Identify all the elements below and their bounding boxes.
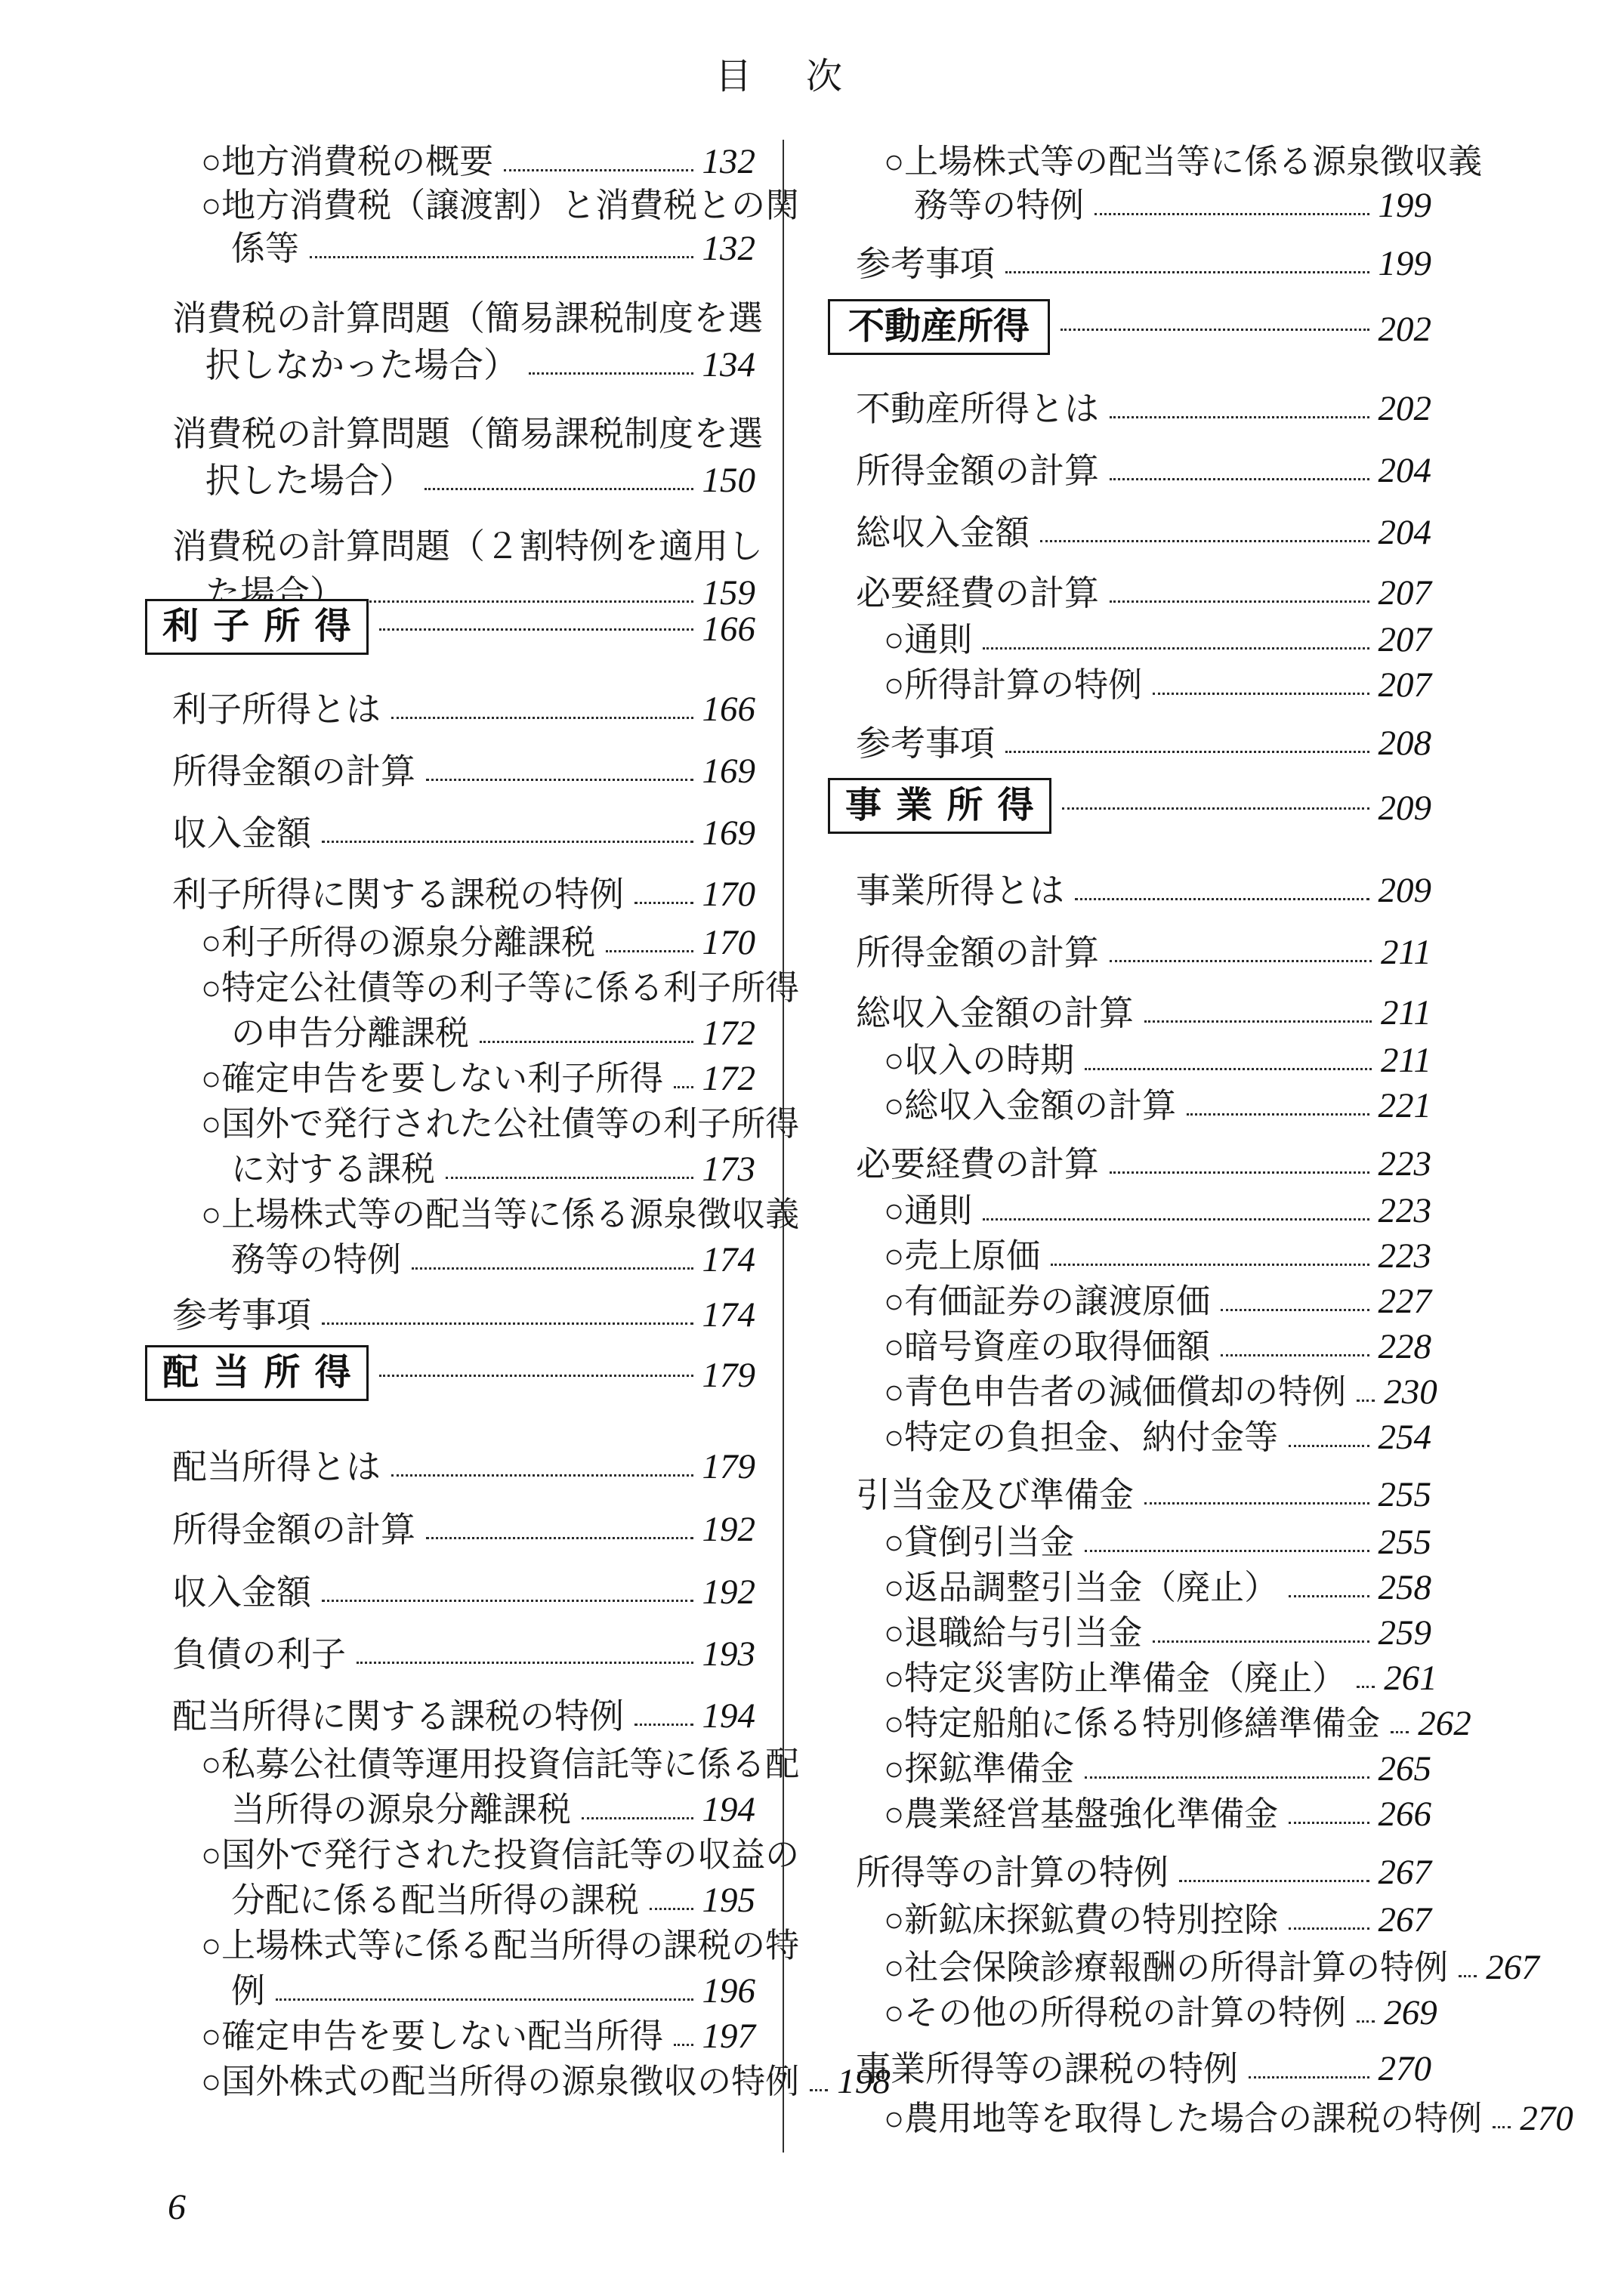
toc-entry-text: 参考事項 xyxy=(856,723,995,764)
page-number: 261 xyxy=(1384,1658,1437,1699)
dot-leader xyxy=(426,1537,693,1539)
toc-entry-line: 引当金及び準備金255 xyxy=(856,1473,1431,1515)
toc-entry-text: 所得金額の計算 xyxy=(172,1509,415,1550)
toc-entry-text: ○私募公社債等運用投資信託等に係る配 xyxy=(201,1744,799,1785)
toc-entry-text: 消費税の計算問題（２割特例を適用し xyxy=(172,526,763,566)
page-number: 258 xyxy=(1379,1567,1432,1608)
toc-entry-line: ○私募公社債等運用投資信託等に係る配 xyxy=(201,1742,755,1785)
dot-leader xyxy=(1062,807,1369,810)
page-number: 265 xyxy=(1379,1748,1432,1789)
page-number: 170 xyxy=(702,922,756,963)
dot-leader xyxy=(1061,329,1369,331)
page-number: 267 xyxy=(1486,1947,1539,1988)
page-number: 259 xyxy=(1379,1613,1432,1653)
toc-entry-line: ○通則207 xyxy=(884,618,1431,660)
dot-leader xyxy=(276,1998,693,2001)
page-number: 267 xyxy=(1379,1900,1432,1940)
toc-entry-text: 当所得の源泉分離課税 xyxy=(231,1789,571,1830)
dot-leader xyxy=(425,488,693,490)
dot-leader xyxy=(1459,1975,1477,1977)
page-number: 209 xyxy=(1379,870,1432,911)
section-heading-box: 配当所得 xyxy=(145,1345,369,1401)
dot-leader xyxy=(1289,1822,1369,1824)
toc-entry-line: ○所得計算の特例207 xyxy=(884,663,1431,705)
toc-entry-line: ○国外で発行された公社債等の利子所得 xyxy=(201,1102,755,1144)
page-number: 193 xyxy=(702,1634,756,1674)
toc-entry-line: ○上場株式等の配当等に係る源泉徴収義 xyxy=(201,1193,755,1235)
toc-entry-line: ○地方消費税の概要132 xyxy=(201,140,755,182)
toc-entry-line: 所得等の計算の特例267 xyxy=(856,1850,1431,1893)
toc-entry-line: ○地方消費税（譲渡割）と消費税との関 xyxy=(201,184,755,226)
page-number: 174 xyxy=(702,1239,756,1280)
page-number: 254 xyxy=(1379,1417,1432,1458)
dot-leader xyxy=(1085,1776,1369,1779)
dot-leader xyxy=(391,717,693,719)
page-number: 197 xyxy=(702,2016,756,2057)
toc-entry-text: ○通則 xyxy=(884,1190,972,1231)
page-number: 192 xyxy=(702,1509,756,1550)
page-number: 204 xyxy=(1379,512,1432,553)
dot-leader xyxy=(1085,1068,1372,1070)
toc-entry-text: 利子所得とは xyxy=(172,689,381,730)
page-number: 196 xyxy=(702,1970,756,2011)
toc-entry-line: ○特定公社債等の利子等に係る利子所得 xyxy=(201,966,755,1008)
toc-entry-line: 利子所得に関する課税の特例170 xyxy=(172,872,755,915)
toc-entry-text: 例 xyxy=(231,1970,265,2011)
toc-entry-line: ○利子所得の源泉分離課税170 xyxy=(201,921,755,963)
page-number: 207 xyxy=(1379,572,1432,613)
toc-entry-line: ○青色申告者の減価償却の特例230 xyxy=(884,1370,1431,1412)
dot-leader xyxy=(1249,2076,1369,2079)
toc-entry-text: ○探鉱準備金 xyxy=(884,1748,1074,1789)
dot-leader xyxy=(1051,1264,1369,1266)
dot-leader xyxy=(1144,1020,1372,1023)
toc-entry-text: 参考事項 xyxy=(172,1295,311,1335)
dot-leader xyxy=(1005,751,1369,753)
page-number: 267 xyxy=(1379,1852,1432,1893)
toc-entry-line: 利子所得とは166 xyxy=(172,687,755,730)
toc-entry-line: ○農業経営基盤強化準備金266 xyxy=(884,1792,1431,1835)
toc-entry-text: 必要経費の計算 xyxy=(856,1143,1099,1184)
toc-entry-text: 必要経費の計算 xyxy=(856,572,1099,613)
toc-entry-line: ○有価証券の譲渡原価227 xyxy=(884,1279,1431,1322)
dot-leader xyxy=(650,1908,693,1910)
dot-leader xyxy=(1153,693,1369,695)
page-number: 172 xyxy=(702,1013,756,1054)
dot-leader xyxy=(634,902,693,904)
toc-entry-text: ○地方消費税の概要 xyxy=(201,141,493,182)
toc-entry-text: ○上場株式等の配当等に係る源泉徴収義 xyxy=(201,1194,799,1235)
page-number: 223 xyxy=(1379,1236,1432,1276)
toc-entry-line: 配当所得とは179 xyxy=(172,1445,755,1487)
toc-entry-text: 務等の特例 xyxy=(231,1239,401,1280)
dot-leader xyxy=(1357,2020,1375,2023)
page-number: 255 xyxy=(1379,1474,1432,1515)
dot-leader xyxy=(1221,1309,1369,1311)
toc-entry-line: 事業所得とは209 xyxy=(856,869,1431,911)
toc-entry-text: 収入金額 xyxy=(172,1572,311,1613)
dot-leader xyxy=(1187,1113,1369,1116)
page-number: 211 xyxy=(1381,932,1431,973)
toc-entry-line: 務等の特例174 xyxy=(231,1238,755,1280)
dot-leader xyxy=(1095,213,1369,215)
toc-entry-text: 択した場合） xyxy=(205,460,414,501)
toc-entry-line: ○暗号資産の取得価額228 xyxy=(884,1325,1431,1367)
page-number: 132 xyxy=(702,141,756,182)
dot-leader xyxy=(379,628,693,631)
dot-leader xyxy=(983,1218,1369,1221)
dot-leader xyxy=(1110,1171,1369,1174)
toc-entry-line: ○返品調整引当金（廃止）258 xyxy=(884,1566,1431,1608)
page-number: 199 xyxy=(1379,243,1432,284)
page-number: 209 xyxy=(1379,788,1432,829)
toc-entry-text: 総収入金額 xyxy=(856,512,1030,553)
toc-entry-line: 総収入金額の計算211 xyxy=(856,991,1431,1033)
dot-leader xyxy=(357,1662,693,1664)
toc-entry-line: の申告分離課税172 xyxy=(231,1011,755,1054)
toc-entry-line: ○確定申告を要しない配当所得197 xyxy=(201,2014,755,2057)
toc-entry-text: ○国外で発行された公社債等の利子所得 xyxy=(201,1103,799,1144)
dot-leader xyxy=(1144,1502,1369,1504)
page-number: 195 xyxy=(702,1880,756,1921)
page-number: 202 xyxy=(1379,309,1432,350)
dot-leader xyxy=(1357,1686,1375,1688)
toc-entry-text: 所得金額の計算 xyxy=(856,450,1099,491)
toc-entry-line: 消費税の計算問題（簡易課税制度を選 xyxy=(172,412,755,454)
page-number: 207 xyxy=(1379,619,1432,660)
toc-entry-line: 消費税の計算問題（２割特例を適用し xyxy=(172,524,755,566)
toc-entry-text: ○確定申告を要しない配当所得 xyxy=(201,2016,663,2057)
dot-leader xyxy=(582,1817,693,1819)
toc-entry-text: ○社会保険診療報酬の所得計算の特例 xyxy=(884,1947,1448,1988)
toc-entry-line: 所得金額の計算192 xyxy=(172,1508,755,1550)
toc-entry-text: ○国外株式の配当所得の源泉徴収の特例 xyxy=(201,2061,799,2102)
toc-entry-text: ○特定公社債等の利子等に係る利子所得 xyxy=(201,968,799,1008)
page-number: 150 xyxy=(702,460,756,501)
section-heading-box: 事業所得 xyxy=(828,778,1051,834)
dot-leader xyxy=(391,1474,693,1477)
toc-entry-line: 必要経費の計算223 xyxy=(856,1142,1431,1184)
toc-entry-line: 参考事項208 xyxy=(856,721,1431,764)
toc-entry-text: ○暗号資産の取得価額 xyxy=(884,1326,1210,1367)
toc-entry-line: 所得金額の計算211 xyxy=(856,930,1431,973)
dot-leader xyxy=(322,1322,693,1325)
dot-leader xyxy=(480,1041,693,1043)
toc-entry-text: 所得金額の計算 xyxy=(856,932,1099,973)
section-heading-box: 利子所得 xyxy=(145,599,369,655)
dot-leader xyxy=(446,1177,693,1179)
toc-entry-line: ○総収入金額の計算221 xyxy=(884,1084,1431,1126)
dot-leader xyxy=(1391,1731,1409,1733)
toc-entry-text: ○返品調整引当金（廃止） xyxy=(884,1567,1278,1608)
toc-entry-text: ○通則 xyxy=(884,619,972,660)
toc-entry-line: ○貸倒引当金255 xyxy=(884,1520,1431,1563)
toc-entry-text: 利子所得に関する課税の特例 xyxy=(172,874,624,915)
toc-entry-line: ○収入の時期211 xyxy=(884,1038,1431,1081)
dot-leader xyxy=(1289,1595,1369,1597)
toc-entry-text: ○利子所得の源泉分離課税 xyxy=(201,922,595,963)
toc-entry-text: 不動産所得とは xyxy=(856,388,1099,429)
page-number: 194 xyxy=(702,1696,756,1736)
dot-leader xyxy=(1110,960,1372,962)
page-number: 230 xyxy=(1384,1372,1437,1412)
toc-entry-text: 配当所得に関する課税の特例 xyxy=(172,1696,624,1736)
toc-entry-line: ○探鉱準備金265 xyxy=(884,1747,1431,1789)
page-number: 169 xyxy=(702,751,756,792)
dot-leader xyxy=(1085,1550,1369,1552)
page-number: 134 xyxy=(702,344,756,385)
section-heading-row: 配当所得179 xyxy=(145,1344,755,1403)
toc-entry-line: 参考事項174 xyxy=(172,1293,755,1335)
toc-entry-text: 択しなかった場合） xyxy=(205,344,518,385)
page-number: 208 xyxy=(1379,723,1432,764)
page-number: 173 xyxy=(702,1149,756,1190)
toc-entry-line: 択した場合）150 xyxy=(205,458,755,501)
toc-entry-line: 当所得の源泉分離課税194 xyxy=(231,1788,755,1830)
toc-entry-line: ○売上原価223 xyxy=(884,1234,1431,1276)
page-number: 169 xyxy=(702,813,756,853)
toc-page: 目 次 ○地方消費税の概要132○地方消費税（譲渡割）と消費税との関係等132消… xyxy=(0,0,1624,2293)
toc-entry-text: 分配に係る配当所得の課税 xyxy=(231,1880,639,1921)
toc-entry-text: 負債の利子 xyxy=(172,1634,346,1674)
toc-entry-text: ○所得計算の特例 xyxy=(884,665,1142,705)
dot-leader xyxy=(983,647,1369,650)
toc-entry-text: 所得金額の計算 xyxy=(172,751,415,792)
toc-entry-line: 択しなかった場合）134 xyxy=(205,343,755,385)
page-number: 202 xyxy=(1379,388,1432,429)
toc-entry-line: 所得金額の計算169 xyxy=(172,749,755,792)
page-number: 262 xyxy=(1418,1703,1471,1744)
toc-entry-line: 例196 xyxy=(231,1969,755,2011)
toc-entry-text: 総収入金額の計算 xyxy=(856,992,1134,1033)
section-heading-box: 不動産所得 xyxy=(828,299,1050,355)
dot-leader xyxy=(1110,600,1369,603)
dot-leader xyxy=(1179,1880,1369,1882)
toc-entry-text: ○新鉱床探鉱費の特別控除 xyxy=(884,1900,1278,1940)
page-number: 172 xyxy=(702,1058,756,1099)
toc-entry-text: ○国外で発行された投資信託等の収益の xyxy=(201,1835,799,1875)
toc-entry-line: ○通則223 xyxy=(884,1189,1431,1231)
page-number: 166 xyxy=(702,609,756,650)
page-number: 270 xyxy=(1520,2098,1573,2139)
toc-entry-text: ○農用地等を取得した場合の課税の特例 xyxy=(884,2098,1482,2139)
page-number: 179 xyxy=(702,1355,756,1396)
toc-entry-text: 引当金及び準備金 xyxy=(856,1474,1134,1515)
toc-entry-line: ○国外で発行された投資信託等の収益の xyxy=(201,1833,755,1875)
toc-entry-text: 所得等の計算の特例 xyxy=(856,1852,1169,1893)
dot-leader xyxy=(322,841,693,843)
toc-entry-text: ○売上原価 xyxy=(884,1236,1040,1276)
section-heading-row: 不動産所得202 xyxy=(828,298,1431,356)
dot-leader xyxy=(1221,1354,1369,1356)
toc-entry-text: 消費税の計算問題（簡易課税制度を選 xyxy=(172,413,763,454)
page-number: 255 xyxy=(1379,1522,1432,1563)
dot-leader xyxy=(1075,898,1369,900)
dot-leader xyxy=(674,2044,693,2046)
dot-leader xyxy=(322,1600,693,1602)
toc-entry-line: ○国外株式の配当所得の源泉徴収の特例198 xyxy=(201,2060,755,2102)
toc-entry-line: 参考事項199 xyxy=(856,242,1431,284)
toc-entry-text: ○確定申告を要しない利子所得 xyxy=(201,1058,663,1099)
page-number: 223 xyxy=(1379,1143,1432,1184)
dot-leader xyxy=(412,1267,693,1270)
dot-leader xyxy=(1110,416,1369,418)
toc-entry-text: ○総収入金額の計算 xyxy=(884,1085,1176,1126)
dot-leader xyxy=(529,372,693,375)
toc-entry-text: ○上場株式等に係る配当所得の課税の特 xyxy=(201,1925,799,1966)
page-number: 266 xyxy=(1379,1794,1432,1835)
toc-entry-line: 総収入金額204 xyxy=(856,511,1431,553)
toc-entry-text: の申告分離課税 xyxy=(231,1013,469,1054)
page-number: 269 xyxy=(1384,1992,1437,2033)
toc-entry-line: ○確定申告を要しない利子所得172 xyxy=(201,1057,755,1099)
dot-leader xyxy=(310,256,693,258)
toc-entry-line: 収入金額169 xyxy=(172,811,755,853)
dot-leader xyxy=(1289,1445,1369,1447)
toc-entry-line: 配当所得に関する課税の特例194 xyxy=(172,1694,755,1736)
toc-entry-text: 消費税の計算問題（簡易課税制度を選 xyxy=(172,298,763,338)
toc-entry-text: ○有価証券の譲渡原価 xyxy=(884,1281,1210,1322)
dot-leader xyxy=(606,950,693,952)
page-number: 211 xyxy=(1381,992,1431,1033)
dot-leader xyxy=(634,1724,693,1726)
toc-entry-text: 配当所得とは xyxy=(172,1446,381,1487)
toc-entry-text: ○特定の負担金、納付金等 xyxy=(884,1417,1278,1458)
dot-leader xyxy=(1493,2126,1511,2128)
page-number: 223 xyxy=(1379,1190,1432,1231)
toc-entry-line: 係等132 xyxy=(231,227,755,269)
dot-leader xyxy=(674,1086,693,1088)
toc-entry-text: ○その他の所得税の計算の特例 xyxy=(884,1992,1346,2033)
toc-entry-text: 務等の特例 xyxy=(914,185,1084,226)
page-number: 174 xyxy=(702,1295,756,1335)
toc-entry-line: ○農用地等を取得した場合の課税の特例270 xyxy=(884,2097,1431,2139)
toc-entry-line: 所得金額の計算204 xyxy=(856,449,1431,491)
dot-leader xyxy=(1357,1400,1375,1402)
dot-leader xyxy=(1153,1640,1369,1643)
toc-entry-line: ○特定船舶に係る特別修繕準備金262 xyxy=(884,1702,1431,1744)
toc-entry-line: ○特定の負担金、納付金等254 xyxy=(884,1415,1431,1458)
dot-leader xyxy=(1289,1927,1369,1930)
toc-entry-text: ○上場株式等の配当等に係る源泉徴収義 xyxy=(884,141,1482,182)
dot-leader xyxy=(1040,540,1369,542)
page-number: 166 xyxy=(702,689,756,730)
toc-entry-text: ○収入の時期 xyxy=(884,1040,1074,1081)
page-number: 170 xyxy=(702,874,756,915)
dot-leader xyxy=(426,779,693,781)
page-number: 132 xyxy=(702,228,756,269)
dot-leader xyxy=(1005,271,1369,273)
page-title: 目 次 xyxy=(0,47,1567,99)
toc-entry-text: ○貸倒引当金 xyxy=(884,1522,1074,1563)
toc-entry-text: ○青色申告者の減価償却の特例 xyxy=(884,1372,1346,1412)
toc-entry-line: 収入金額192 xyxy=(172,1570,755,1613)
dot-leader xyxy=(810,2089,828,2091)
toc-entry-text: に対する課税 xyxy=(231,1149,435,1190)
toc-entry-line: ○その他の所得税の計算の特例269 xyxy=(884,1991,1431,2033)
toc-entry-line: ○特定災害防止準備金（廃止）261 xyxy=(884,1656,1431,1699)
dot-leader xyxy=(1110,478,1369,480)
toc-entry-line: ○上場株式等に係る配当所得の課税の特 xyxy=(201,1924,755,1966)
page-number: 211 xyxy=(1381,1040,1431,1081)
page-number: 179 xyxy=(702,1446,756,1487)
page-number: 207 xyxy=(1379,665,1432,705)
page-number: 221 xyxy=(1379,1085,1432,1126)
dot-leader xyxy=(504,169,693,171)
toc-entry-line: に対する課税173 xyxy=(231,1147,755,1190)
toc-entry-line: 負債の利子193 xyxy=(172,1632,755,1674)
section-heading-row: 事業所得209 xyxy=(828,776,1431,835)
toc-entry-line: ○社会保険診療報酬の所得計算の特例267 xyxy=(884,1946,1431,1988)
toc-entry-text: 係等 xyxy=(231,228,299,269)
toc-entry-line: 必要経費の計算207 xyxy=(856,571,1431,613)
toc-entry-text: ○地方消費税（譲渡割）と消費税との関 xyxy=(201,185,799,226)
toc-entry-line: ○新鉱床探鉱費の特別控除267 xyxy=(884,1898,1431,1940)
toc-entry-text: 事業所得とは xyxy=(856,870,1064,911)
page-number: 194 xyxy=(702,1789,756,1830)
toc-entry-line: 務等の特例199 xyxy=(914,184,1431,226)
toc-entry-text: 参考事項 xyxy=(856,243,995,284)
page-number: 228 xyxy=(1379,1326,1432,1367)
toc-entry-line: ○退職給与引当金259 xyxy=(884,1611,1431,1653)
toc-entry-text: ○特定災害防止準備金（廃止） xyxy=(884,1658,1346,1699)
toc-entry-text: ○農業経営基盤強化準備金 xyxy=(884,1794,1278,1835)
page-number: 204 xyxy=(1379,450,1432,491)
toc-entry-text: ○特定船舶に係る特別修繕準備金 xyxy=(884,1703,1380,1744)
folio-number: 6 xyxy=(168,2187,186,2228)
toc-entry-text: 事業所得等の課税の特例 xyxy=(856,2048,1238,2089)
toc-entry-text: ○退職給与引当金 xyxy=(884,1613,1142,1653)
toc-entry-line: 消費税の計算問題（簡易課税制度を選 xyxy=(172,296,755,338)
toc-entry-line: 事業所得等の課税の特例270 xyxy=(856,2047,1431,2089)
page-number: 227 xyxy=(1379,1281,1432,1322)
page-number: 192 xyxy=(702,1572,756,1613)
toc-entry-line: 不動産所得とは202 xyxy=(856,387,1431,429)
page-number: 270 xyxy=(1379,2048,1432,2089)
toc-entry-text: 収入金額 xyxy=(172,813,311,853)
toc-entry-line: 分配に係る配当所得の課税195 xyxy=(231,1878,755,1921)
section-heading-row: 利子所得166 xyxy=(145,597,755,656)
page-number: 199 xyxy=(1379,185,1432,226)
toc-entry-line: ○上場株式等の配当等に係る源泉徴収義 xyxy=(884,140,1431,182)
dot-leader xyxy=(379,1375,693,1377)
